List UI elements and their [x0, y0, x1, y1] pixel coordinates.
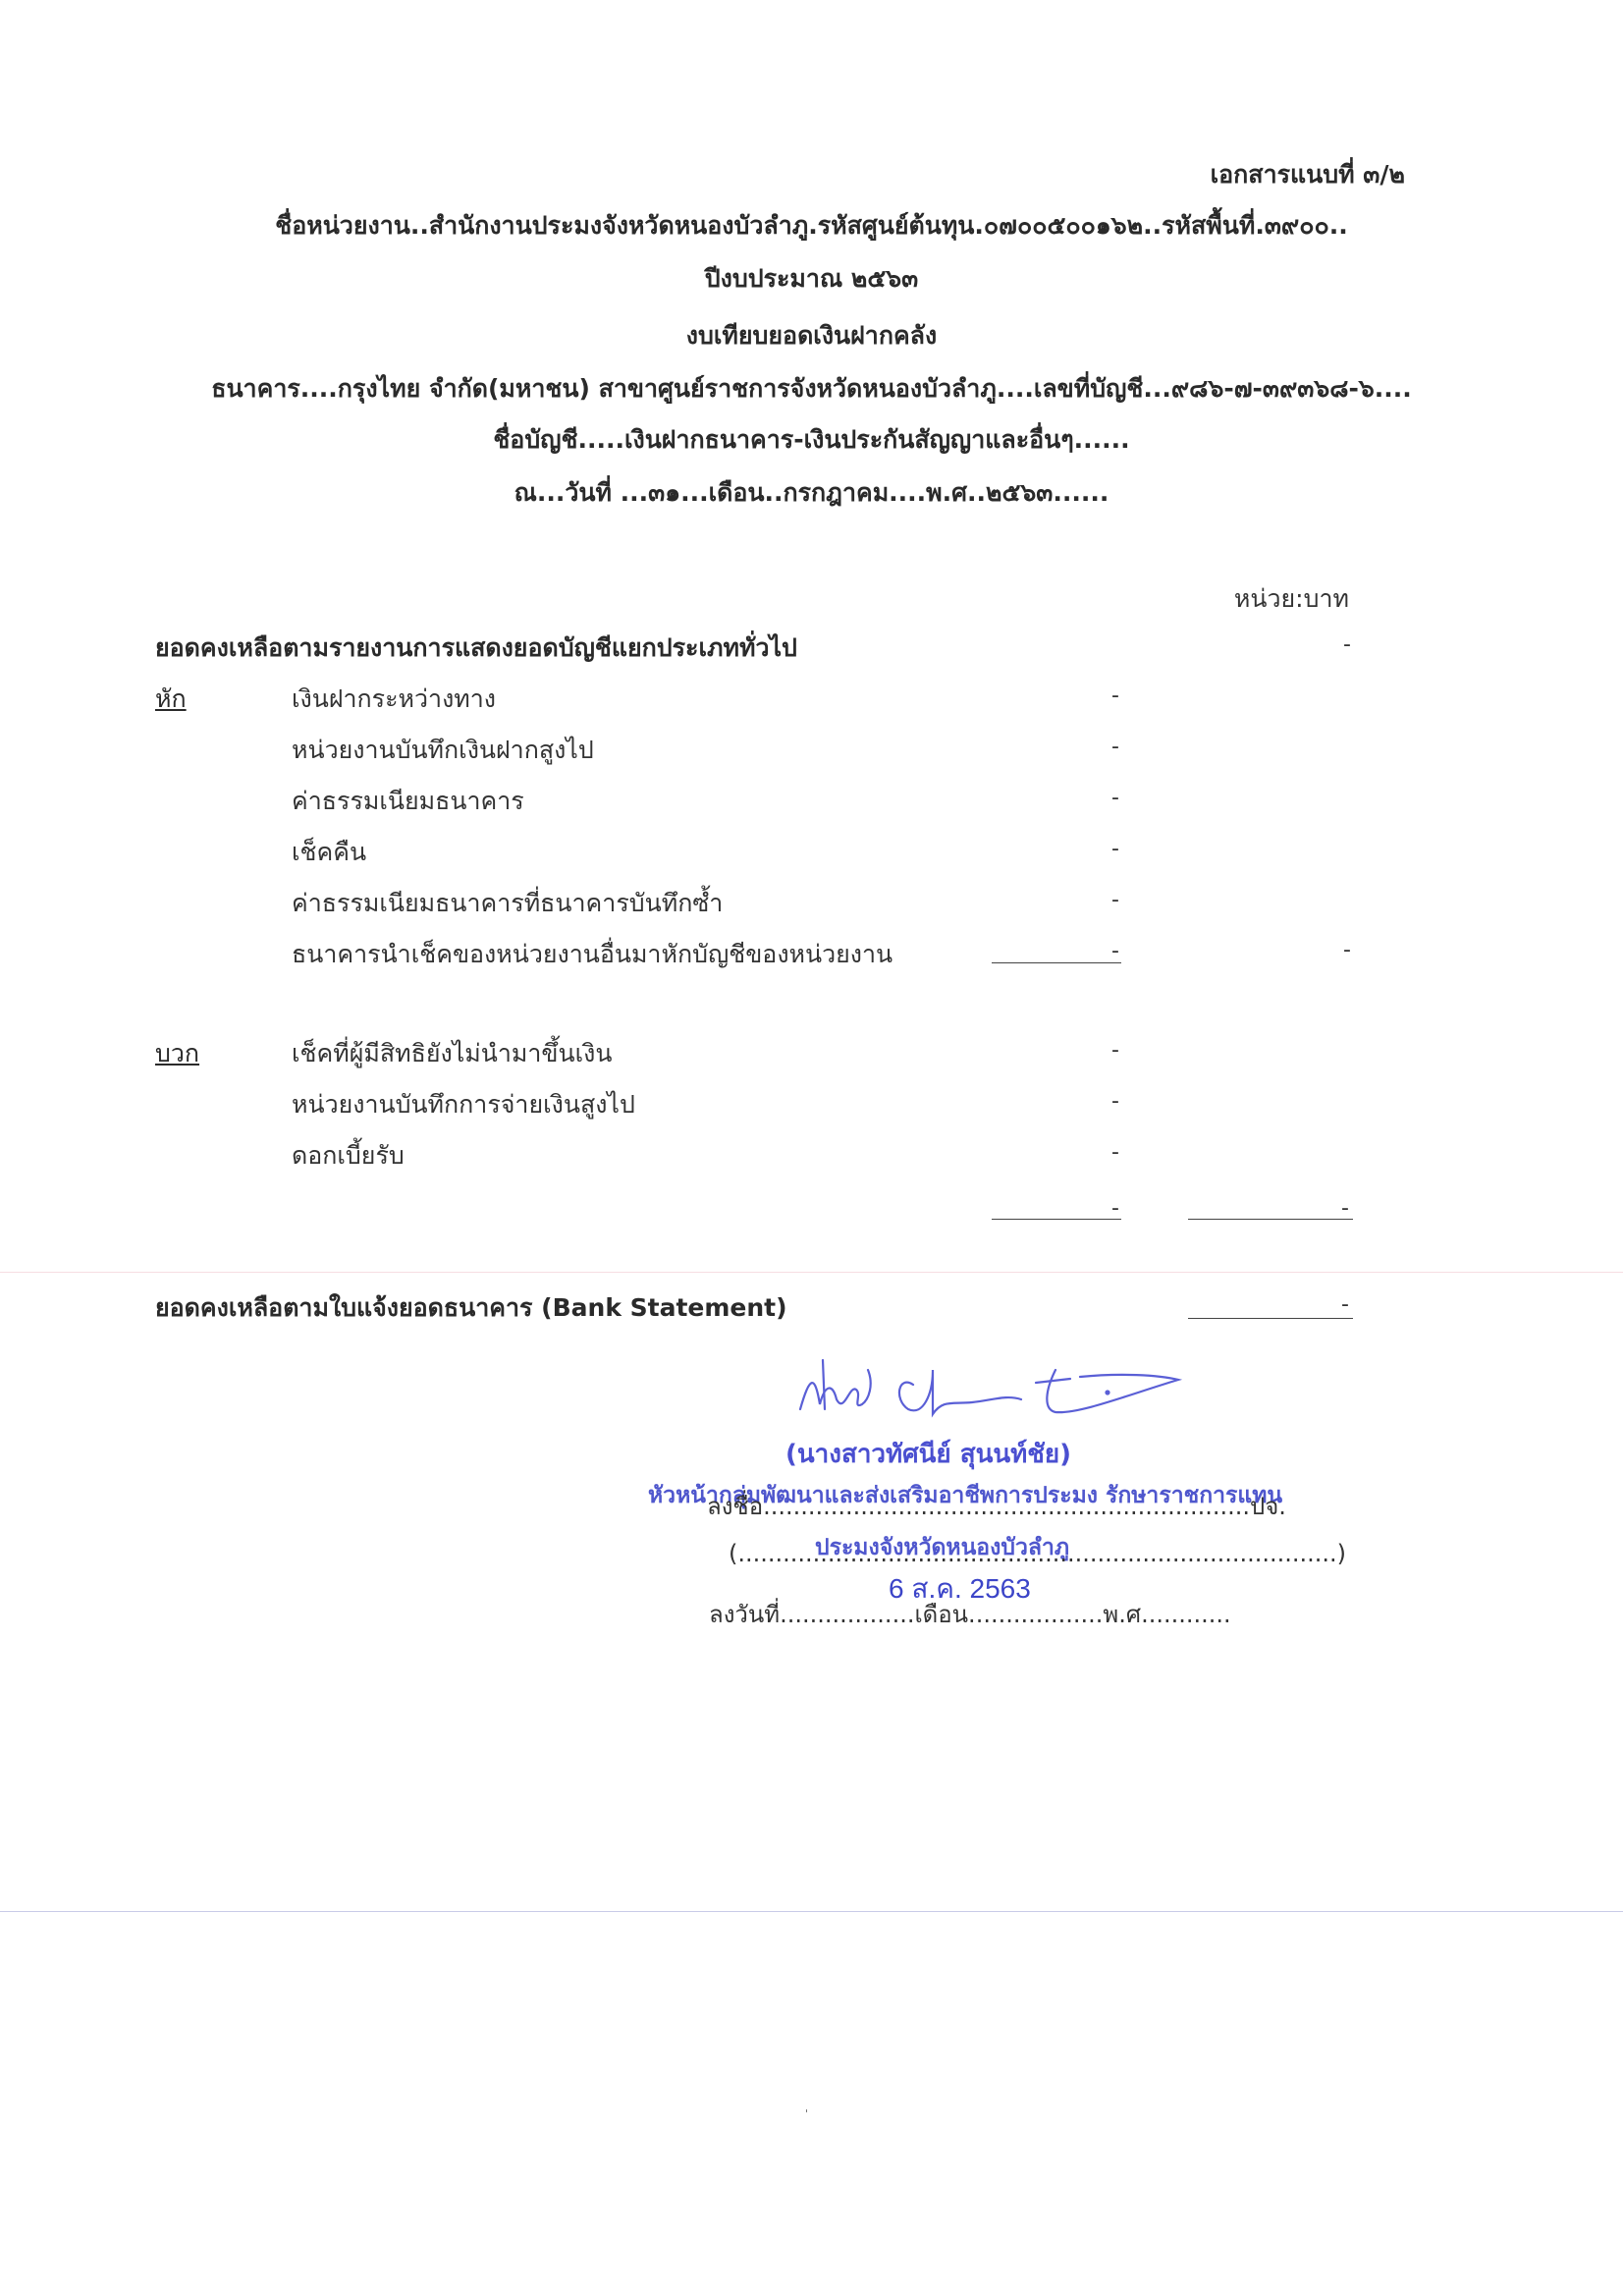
- bank-statement-value: -: [1341, 1292, 1349, 1317]
- document-title: งบเทียบยอดเงินฝากคลัง: [0, 316, 1623, 355]
- line-item-value: -: [1111, 1038, 1119, 1063]
- add-subtotal-line: [992, 1219, 1121, 1220]
- account-name-line: ชื่อบัญชี.....เงินฝากธนาคาร-เงินประกันสั…: [0, 420, 1623, 460]
- line-item-label: เช็คที่ผู้มีสิทธิยังไม่นำมาขึ้นเงิน: [292, 1034, 612, 1073]
- deduct-label: หัก: [155, 680, 187, 719]
- bank-statement-line: [1188, 1318, 1353, 1319]
- line-item-label: ค่าธรรมเนียมธนาคารที่ธนาคารบันทึกซ้ำ: [292, 884, 723, 923]
- attachment-number: เอกสารแนบที่ ๓/๒: [1211, 155, 1405, 194]
- ledger-balance-label: ยอดคงเหลือตามรายงานการแสดงยอดบัญชีแยกประ…: [155, 629, 797, 668]
- sign-label: ลงชื่อ..................................…: [707, 1487, 1286, 1525]
- handwritten-signature: [785, 1355, 1198, 1424]
- add-total-value: -: [1341, 1196, 1349, 1221]
- unit-label: หน่วย:บาท: [1234, 579, 1349, 619]
- name-parentheses-line: (.......................................…: [729, 1540, 1346, 1567]
- line-item-label: ค่าธรรมเนียมธนาคาร: [292, 782, 524, 821]
- line-item-value: -: [1111, 837, 1119, 861]
- line-item-value: -: [1111, 939, 1119, 963]
- bank-line: ธนาคาร....กรุงไทย จำกัด(มหาชน) สาขาศูนย์…: [0, 369, 1623, 409]
- line-item-value: -: [1111, 888, 1119, 912]
- deduct-total-value: -: [1343, 938, 1351, 962]
- as-of-date-line: ณ...วันที่ ...๓๑...เดือน..กรกฎาคม....พ.ศ…: [0, 473, 1623, 513]
- agency-line: ชื่อหน่วยงาน..สำนักงานประมงจังหวัดหนองบั…: [0, 206, 1623, 246]
- date-label: ลงวันที่..................เดือน.........…: [709, 1595, 1231, 1633]
- line-item-label: ธนาคารนำเช็คของหน่วยงานอื่นมาหักบัญชีของ…: [292, 935, 893, 974]
- line-item-label: หน่วยงานบันทึกเงินฝากสูงไป: [292, 731, 594, 770]
- deduct-subtotal-line: [992, 962, 1121, 963]
- line-item-value: -: [1111, 735, 1119, 759]
- scan-artifact-line: [0, 1272, 1623, 1273]
- line-item-value: -: [1111, 786, 1119, 810]
- add-subtotal-value: -: [1111, 1196, 1119, 1221]
- ledger-balance-value: -: [1343, 632, 1351, 657]
- add-total-line: [1188, 1219, 1353, 1220]
- line-item-value: -: [1111, 1140, 1119, 1165]
- scan-speck: [806, 2109, 807, 2112]
- line-item-label: ดอกเบี้ยรับ: [292, 1136, 405, 1175]
- line-item-label: เงินฝากระหว่างทาง: [292, 680, 496, 719]
- add-label: บวก: [155, 1034, 199, 1073]
- line-item-label: เช็คคืน: [292, 833, 366, 872]
- fiscal-year: ปีงบประมาณ ๒๕๖๓: [0, 259, 1623, 299]
- scan-edge-line: [0, 1911, 1623, 1912]
- line-item-label: หน่วยงานบันทึกการจ่ายเงินสูงไป: [292, 1085, 635, 1124]
- line-item-value: -: [1111, 683, 1119, 708]
- signer-name-handwritten: (นางสาวทัศนีย์ สุนนท์ชัย): [785, 1434, 1071, 1474]
- bank-statement-label: ยอดคงเหลือตามใบแจ้งยอดธนาคาร (Bank State…: [155, 1288, 787, 1328]
- line-item-value: -: [1111, 1089, 1119, 1114]
